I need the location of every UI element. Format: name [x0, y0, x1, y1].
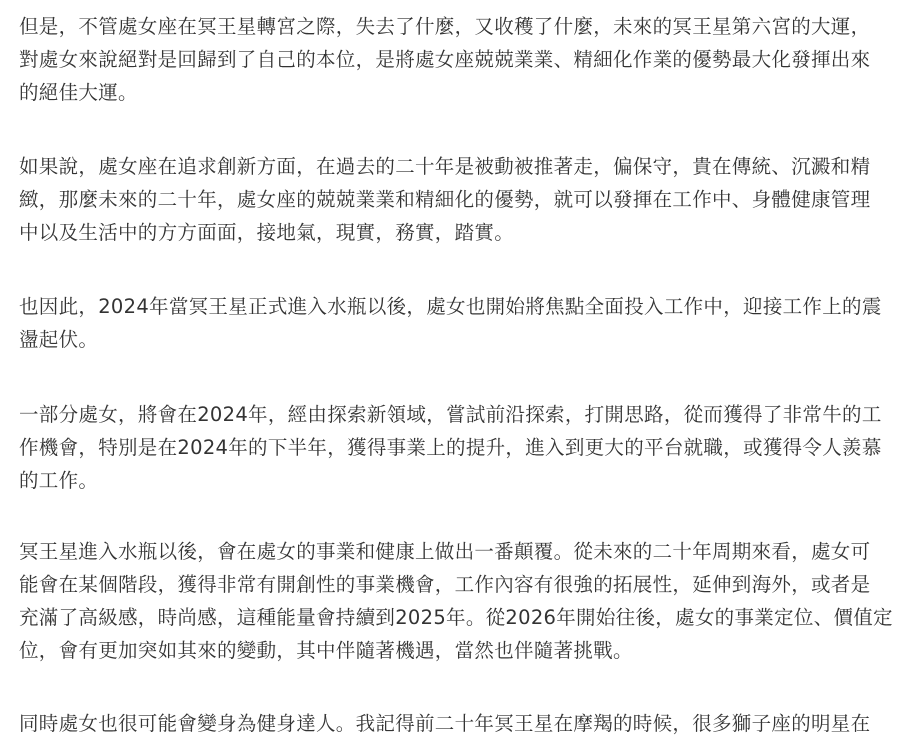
paragraph-6: 同時處女也很可能會變身為健身達人。我記得前二十年冥王星在摩羯的時候，很多獅子座的…: [19, 707, 889, 740]
paragraph-line: 對處女來說絕對是回歸到了自己的本位，是將處女座兢兢業業、精細化作業的優勢最大化發…: [19, 43, 889, 76]
paragraph-line: 但是，不管處女座在冥王星轉宮之際，失去了什麼，又收穫了什麼，未來的冥王星第六宮的…: [19, 10, 889, 43]
paragraph-line: 緻，那麼未來的二十年，處女座的兢兢業業和精細化的優勢，就可以發揮在工作中、身體健…: [19, 183, 889, 216]
paragraph-1: 但是，不管處女座在冥王星轉宮之際，失去了什麼，又收穫了什麼，未來的冥王星第六宮的…: [19, 10, 889, 109]
paragraph-line: 中以及生活中的方方面面，接地氣，現實，務實，踏實。: [19, 216, 889, 249]
paragraph-2: 如果說，處女座在追求創新方面，在過去的二十年是被動被推著走，偏保守，貴在傳統、沉…: [19, 150, 889, 249]
paragraph-line: 的絕佳大運。: [19, 76, 889, 109]
article-body: 但是，不管處女座在冥王星轉宮之際，失去了什麼，又收穫了什麼，未來的冥王星第六宮的…: [0, 0, 897, 747]
paragraph-line: 冥王星進入水瓶以後，會在處女的事業和健康上做出一番顛覆。從未來的二十年周期來看，…: [19, 535, 889, 568]
paragraph-line: 充滿了高級感，時尚感，這種能量會持續到2025年。從2026年開始往後，處女的事…: [19, 601, 889, 634]
paragraph-4: 一部分處女，將會在2024年，經由探索新領域，嘗試前沿探索，打開思路，從而獲得了…: [19, 398, 889, 497]
paragraph-line: 作機會，特別是在2024年的下半年，獲得事業上的提升，進入到更大的平台就職，或獲…: [19, 431, 889, 464]
paragraph-line: 一部分處女，將會在2024年，經由探索新領域，嘗試前沿探索，打開思路，從而獲得了…: [19, 398, 889, 431]
paragraph-line: 如果說，處女座在追求創新方面，在過去的二十年是被動被推著走，偏保守，貴在傳統、沉…: [19, 150, 889, 183]
paragraph-line: 盪起伏。: [19, 323, 889, 356]
paragraph-5: 冥王星進入水瓶以後，會在處女的事業和健康上做出一番顛覆。從未來的二十年周期來看，…: [19, 535, 889, 667]
paragraph-line: 位，會有更加突如其來的變動，其中伴隨著機遇，當然也伴隨著挑戰。: [19, 634, 889, 667]
paragraph-line: 能會在某個階段，獲得非常有開創性的事業機會，工作內容有很強的拓展性，延伸到海外，…: [19, 568, 889, 601]
paragraph-3: 也因此，2024年當冥王星正式進入水瓶以後，處女也開始將焦點全面投入工作中，迎接…: [19, 290, 889, 356]
paragraph-line: 的工作。: [19, 464, 889, 497]
paragraph-line: 也因此，2024年當冥王星正式進入水瓶以後，處女也開始將焦點全面投入工作中，迎接…: [19, 290, 889, 323]
paragraph-line: 同時處女也很可能會變身為健身達人。我記得前二十年冥王星在摩羯的時候，很多獅子座的…: [19, 707, 889, 740]
